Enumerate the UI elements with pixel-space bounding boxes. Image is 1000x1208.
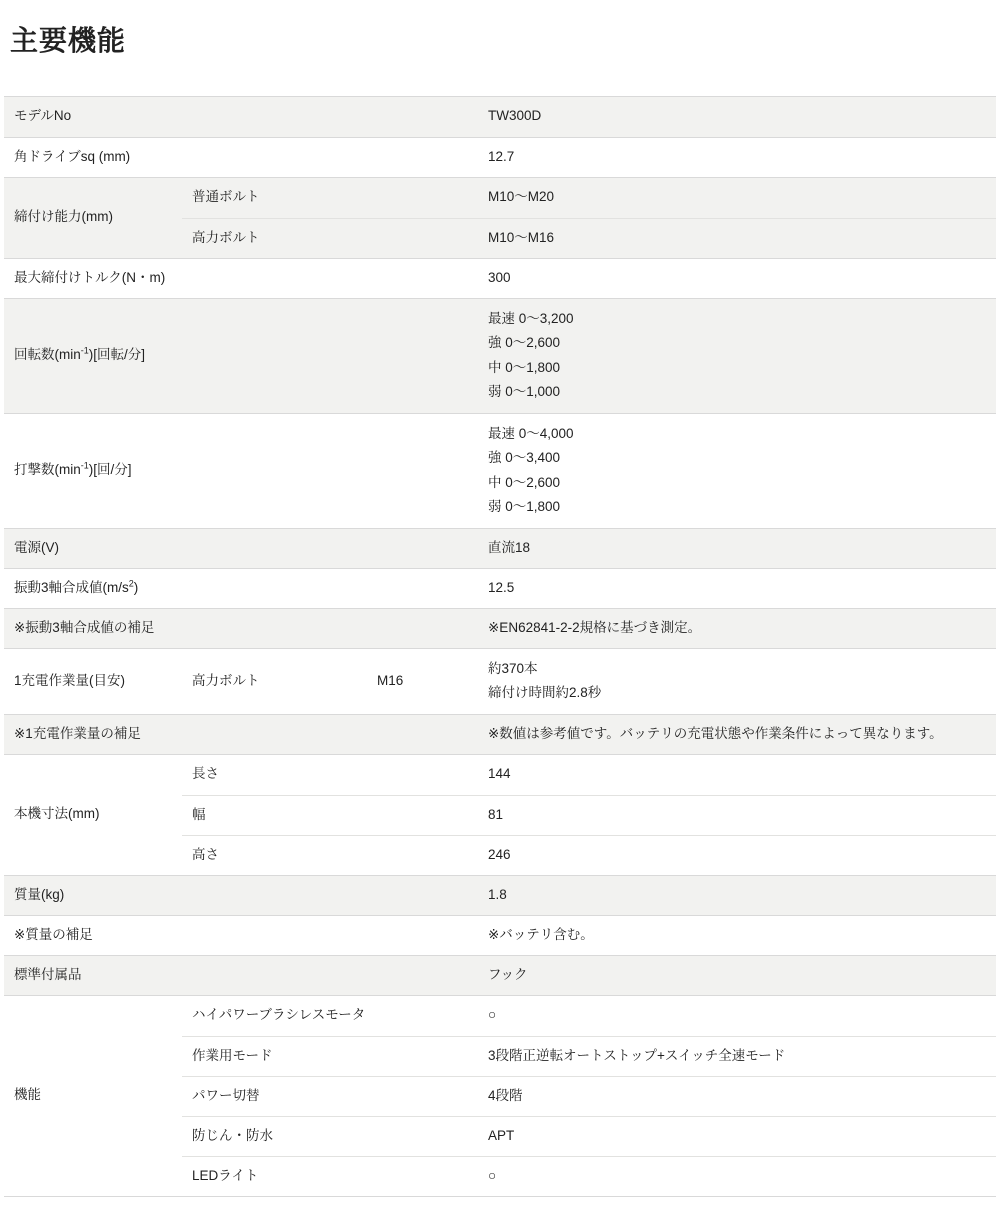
- spec-page: 主要機能 モデルNo TW300D 角ドライブsq (mm) 12.7 締付け能…: [0, 0, 1000, 1197]
- table-subrow: ハイパワーブラシレスモータ ○: [182, 996, 996, 1036]
- subrow-label: 作業用モード: [182, 1037, 482, 1076]
- row-label: 電源(V): [4, 529, 482, 568]
- table-subrow: 高力ボルト M10〜M16: [182, 218, 996, 258]
- row-label: 振動3軸合成値(m/s2): [4, 569, 482, 608]
- subrow-value: ○: [482, 1157, 996, 1196]
- row-group-label: 締付け能力(mm): [4, 178, 182, 258]
- row-label: 標準付属品: [4, 956, 482, 995]
- row-group-label: 本機寸法(mm): [4, 755, 182, 875]
- subrow-value: 3段階正逆転オートストップ+スイッチ全速モード: [482, 1037, 996, 1076]
- row-label: 角ドライブsq (mm): [4, 138, 482, 177]
- row-label: モデルNo: [4, 97, 482, 137]
- table-subrow: 長さ 144: [182, 755, 996, 795]
- subrow-label: 防じん・防水: [182, 1117, 482, 1156]
- subrow-label: 高さ: [182, 836, 482, 875]
- table-row-square-drive: 角ドライブsq (mm) 12.7: [4, 137, 996, 177]
- value-line: 最速 0〜3,200: [488, 307, 988, 332]
- value-line: 弱 0〜1,000: [488, 380, 988, 405]
- page-title: 主要機能: [10, 24, 1000, 58]
- row-label: 1充電作業量(目安): [4, 649, 182, 714]
- subrow-value: APT: [482, 1117, 996, 1156]
- value-line: 約370本: [488, 657, 988, 682]
- row-value: 12.5: [482, 569, 996, 608]
- row-label: ※1充電作業量の補足: [4, 715, 482, 754]
- table-row-weight-note: ※質量の補足 ※バッテリ含む。: [4, 915, 996, 955]
- subrow-label: パワー切替: [182, 1077, 482, 1116]
- table-row-work-per-charge: 1充電作業量(目安) 高力ボルト M16 約370本 締付け時間約2.8秒: [4, 648, 996, 714]
- row-value-multiline: 最速 0〜3,200 強 0〜2,600 中 0〜1,800 弱 0〜1,000: [482, 299, 996, 413]
- row-label: ※質量の補足: [4, 916, 482, 955]
- table-row-dimensions: 本機寸法(mm) 長さ 144 幅 81 高さ 246: [4, 754, 996, 875]
- table-row-power-source: 電源(V) 直流18: [4, 528, 996, 568]
- value-line: 中 0〜2,600: [488, 471, 988, 496]
- row-value: 1.8: [482, 876, 996, 915]
- row-label: 最大締付けトルク(N・m): [4, 259, 482, 298]
- row-label: 質量(kg): [4, 876, 482, 915]
- superscript: -1: [81, 346, 89, 356]
- row-sublabel: 高力ボルト: [182, 649, 367, 714]
- table-row-impact-rate: 打撃数(min-1)[回/分] 最速 0〜4,000 強 0〜3,400 中 0…: [4, 413, 996, 528]
- subrow-label: LEDライト: [182, 1157, 482, 1196]
- table-subrow: 幅 81: [182, 795, 996, 835]
- row-subsublabel: M16: [367, 649, 482, 714]
- subrow-label: 幅: [182, 796, 482, 835]
- subrow-group: 普通ボルト M10〜M20 高力ボルト M10〜M16: [182, 178, 996, 258]
- subrow-value: M10〜M16: [482, 219, 996, 258]
- table-row-weight: 質量(kg) 1.8: [4, 875, 996, 915]
- subrow-label: 普通ボルト: [182, 178, 482, 218]
- table-subrow: 高さ 246: [182, 835, 996, 875]
- row-label: ※振動3軸合成値の補足: [4, 609, 482, 648]
- row-value: 直流18: [482, 529, 996, 568]
- row-value: 300: [482, 259, 996, 298]
- subrow-group: ハイパワーブラシレスモータ ○ 作業用モード 3段階正逆転オートストップ+スイッ…: [182, 996, 996, 1196]
- table-subrow: 作業用モード 3段階正逆転オートストップ+スイッチ全速モード: [182, 1036, 996, 1076]
- table-row-standard-accessories: 標準付属品 フック: [4, 955, 996, 995]
- row-group-label: 機能: [4, 996, 182, 1196]
- row-value-multiline: 約370本 締付け時間約2.8秒: [482, 649, 996, 714]
- row-value: ※バッテリ含む。: [482, 916, 996, 955]
- value-line: 中 0〜1,800: [488, 356, 988, 381]
- table-subrow: 普通ボルト M10〜M20: [182, 178, 996, 218]
- table-row-features: 機能 ハイパワーブラシレスモータ ○ 作業用モード 3段階正逆転オートストップ+…: [4, 995, 996, 1196]
- value-line: 締付け時間約2.8秒: [488, 681, 988, 706]
- superscript: -1: [81, 461, 89, 471]
- row-value: ※数値は参考値です。バッテリの充電状態や作業条件によって異なります。: [482, 715, 996, 754]
- spec-table: モデルNo TW300D 角ドライブsq (mm) 12.7 締付け能力(mm)…: [4, 96, 996, 1197]
- value-line: 最速 0〜4,000: [488, 422, 988, 447]
- table-row-vibration-note: ※振動3軸合成値の補足 ※EN62841-2-2規格に基づき測定。: [4, 608, 996, 648]
- row-label: 回転数(min-1)[回転/分]: [4, 299, 482, 413]
- row-label: 打撃数(min-1)[回/分]: [4, 414, 482, 528]
- subrow-value: 144: [482, 755, 996, 795]
- table-row-model-no: モデルNo TW300D: [4, 97, 996, 137]
- subrow-label: 長さ: [182, 755, 482, 795]
- table-row-max-torque: 最大締付けトルク(N・m) 300: [4, 258, 996, 298]
- row-value: TW300D: [482, 97, 996, 137]
- table-subrow: LEDライト ○: [182, 1156, 996, 1196]
- subrow-group: 長さ 144 幅 81 高さ 246: [182, 755, 996, 875]
- table-subrow: パワー切替 4段階: [182, 1076, 996, 1116]
- subrow-label: ハイパワーブラシレスモータ: [182, 996, 482, 1036]
- table-subrow: 防じん・防水 APT: [182, 1116, 996, 1156]
- subrow-label: 高力ボルト: [182, 219, 482, 258]
- table-row-work-per-charge-note: ※1充電作業量の補足 ※数値は参考値です。バッテリの充電状態や作業条件によって異…: [4, 714, 996, 754]
- row-value: ※EN62841-2-2規格に基づき測定。: [482, 609, 996, 648]
- row-value: フック: [482, 956, 996, 995]
- table-row-vibration: 振動3軸合成値(m/s2) 12.5: [4, 568, 996, 608]
- row-value-multiline: 最速 0〜4,000 強 0〜3,400 中 0〜2,600 弱 0〜1,800: [482, 414, 996, 528]
- value-line: 強 0〜3,400: [488, 446, 988, 471]
- subrow-value: 246: [482, 836, 996, 875]
- row-value: 12.7: [482, 138, 996, 177]
- subrow-value: ○: [482, 996, 996, 1036]
- value-line: 弱 0〜1,800: [488, 495, 988, 520]
- value-line: 強 0〜2,600: [488, 331, 988, 356]
- subrow-value: M10〜M20: [482, 178, 996, 218]
- table-row-fastening-capacity: 締付け能力(mm) 普通ボルト M10〜M20 高力ボルト M10〜M16: [4, 177, 996, 258]
- subrow-value: 81: [482, 796, 996, 835]
- subrow-value: 4段階: [482, 1077, 996, 1116]
- table-row-rotation-speed: 回転数(min-1)[回転/分] 最速 0〜3,200 強 0〜2,600 中 …: [4, 298, 996, 413]
